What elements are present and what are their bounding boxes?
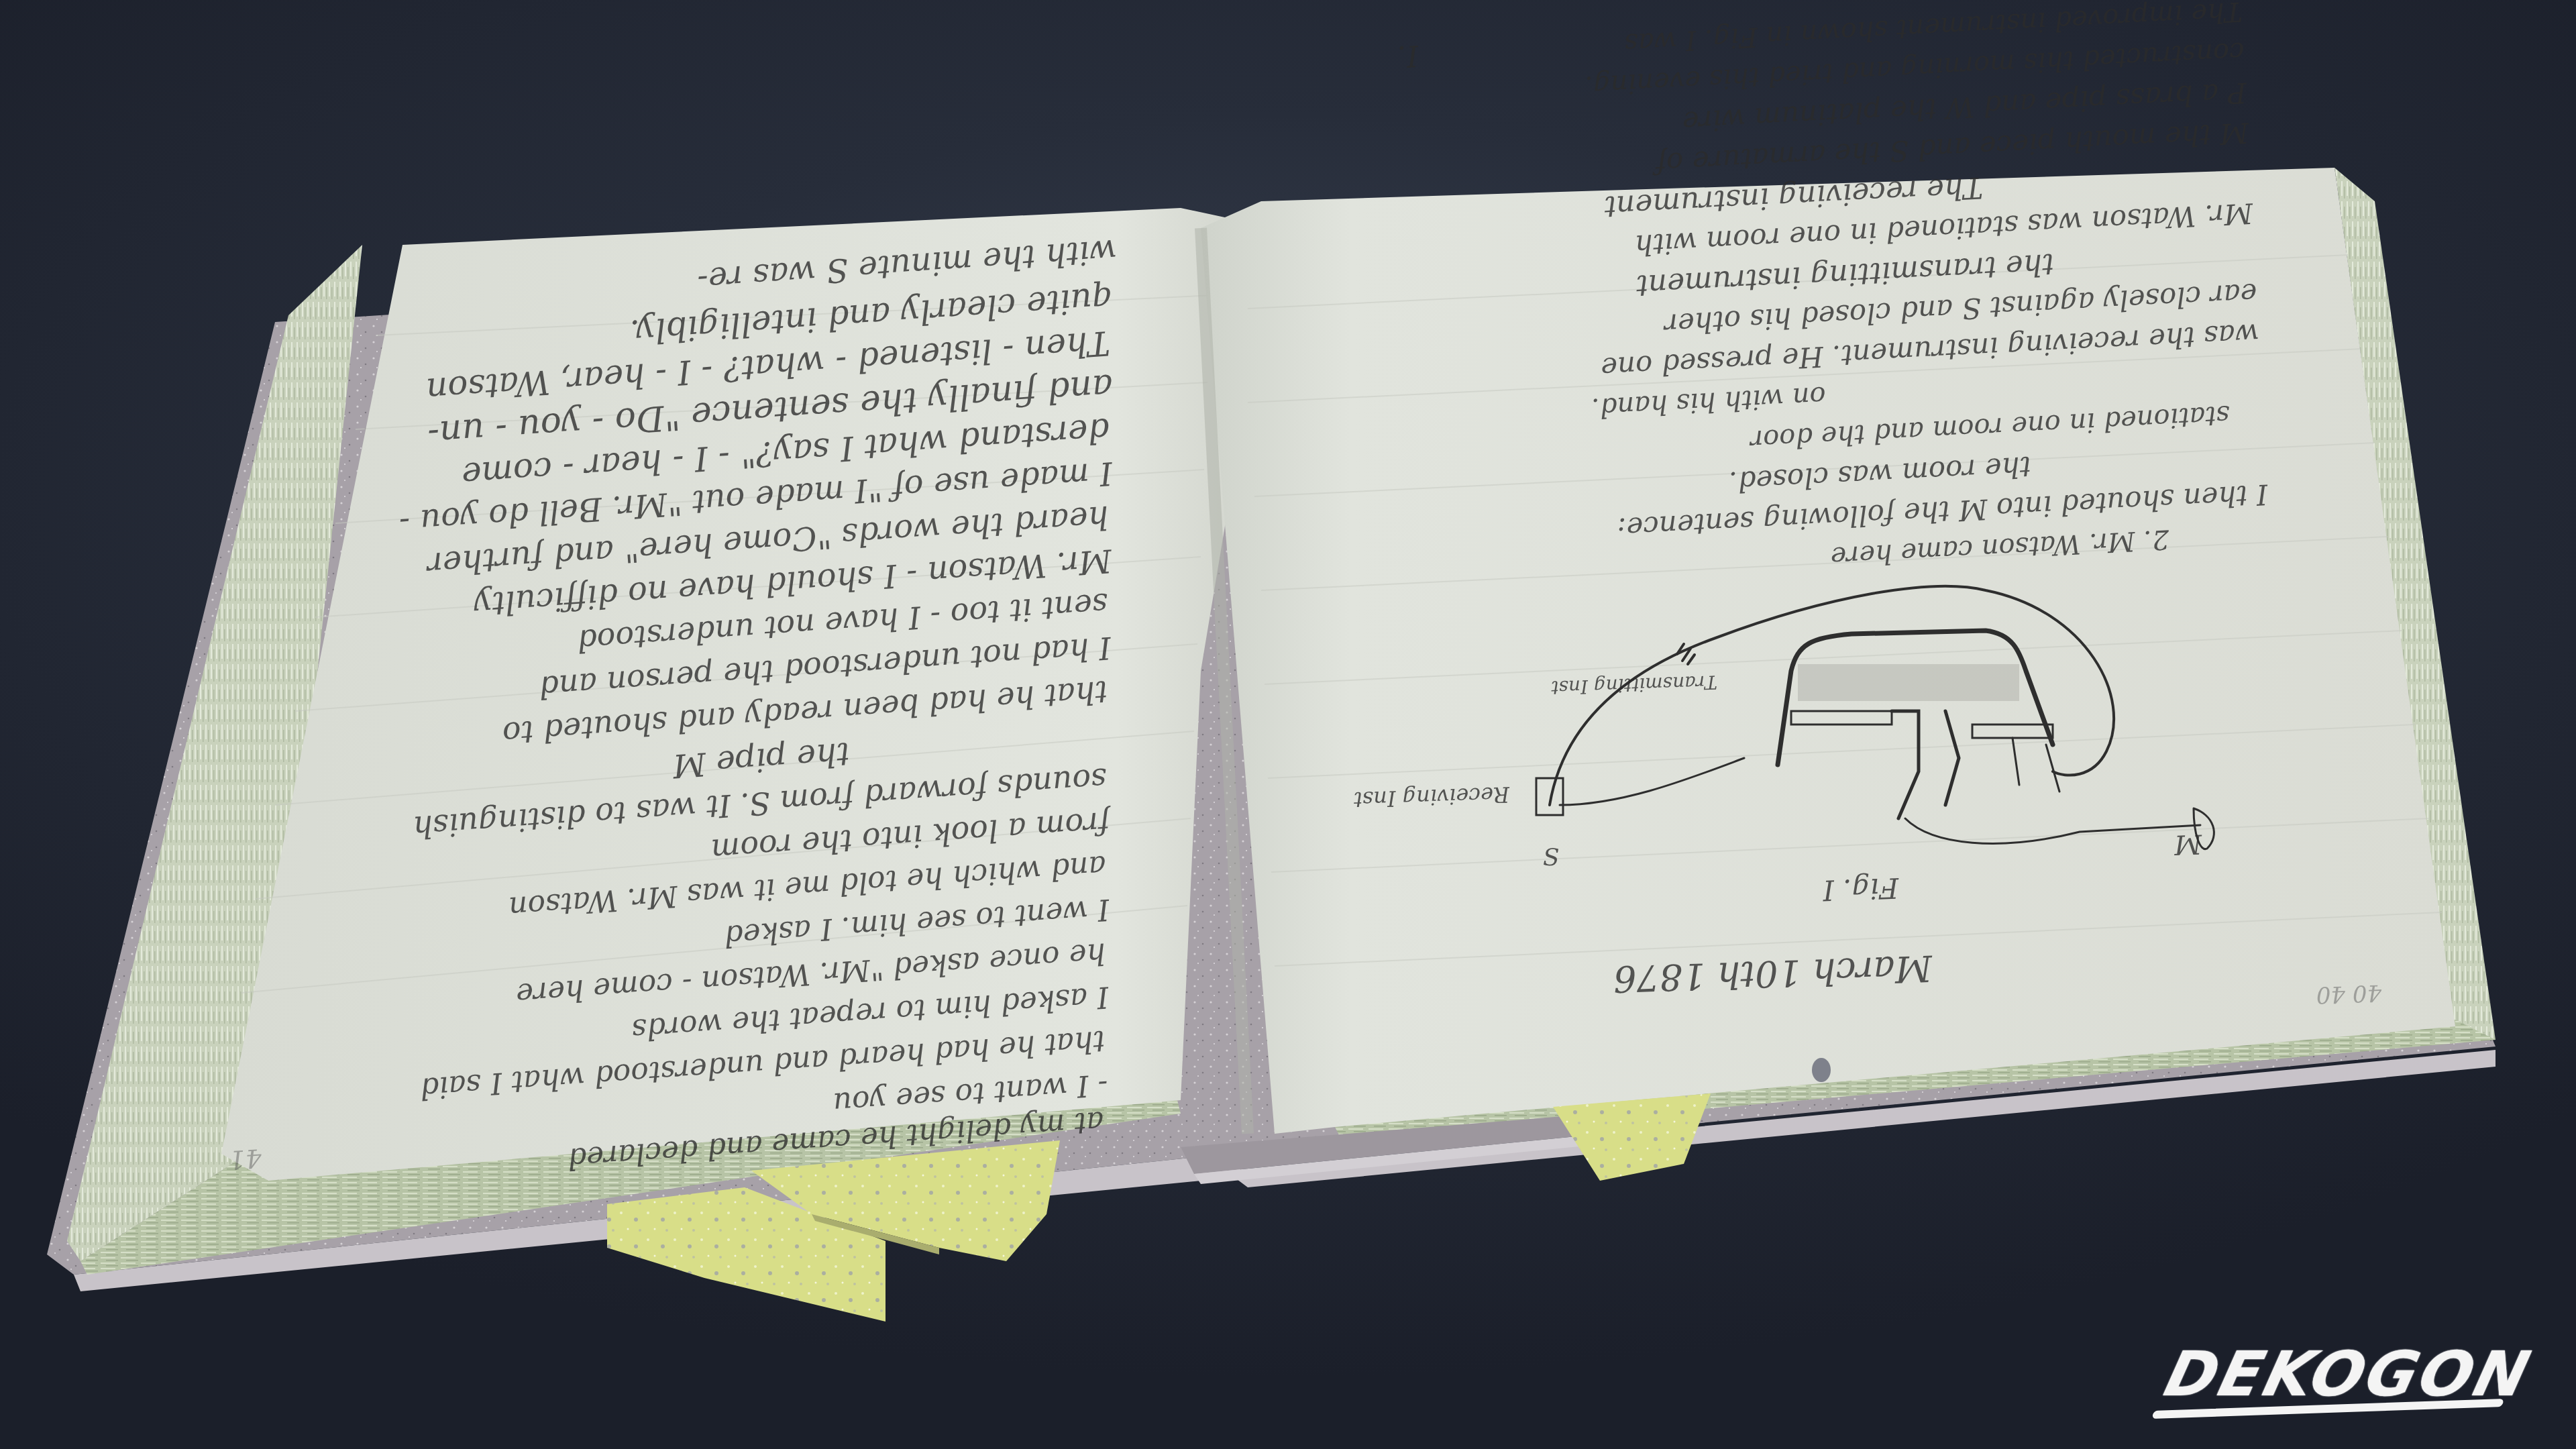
bookmark-3 (1553, 1093, 1711, 1181)
sketch-letter-m: M (2173, 828, 2203, 860)
svg-text:I.: I. (1397, 38, 1420, 74)
figure-label: Fig. I (1821, 871, 1900, 907)
right-page-number: 40 40 (2316, 979, 2383, 1008)
left-page-number: 41 (228, 1143, 263, 1175)
sketch-label-receiving: Receiving Inst (1353, 782, 1511, 812)
notebook-render: with the minute S was re- quite clearly … (0, 0, 2576, 1449)
dekogon-watermark-logo: DEKOGON (2158, 1338, 2539, 1410)
ink-smudge (1812, 1058, 1831, 1082)
scene: with the minute S was re- quite clearly … (0, 0, 2576, 1449)
sketch-letter-s: S (1543, 844, 1560, 871)
